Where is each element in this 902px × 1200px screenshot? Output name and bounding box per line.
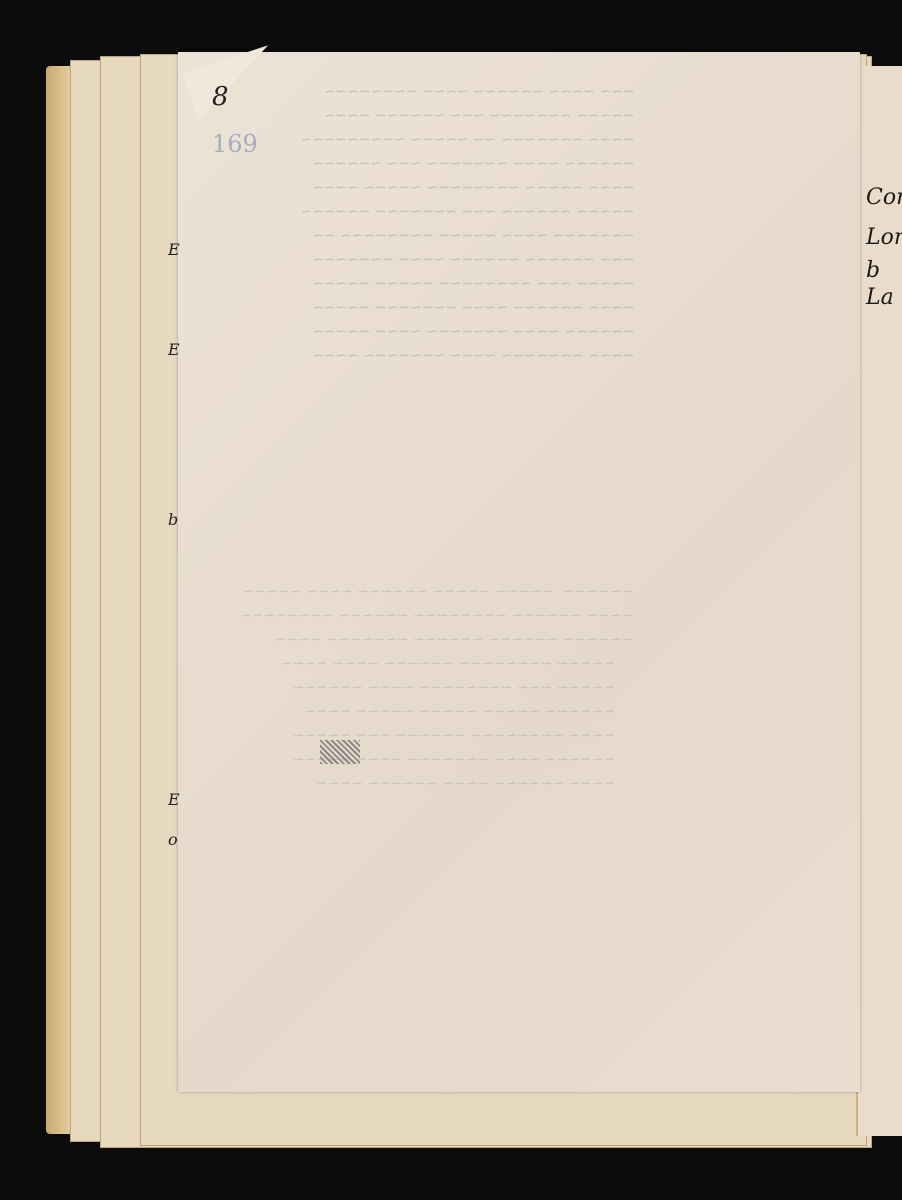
ink-smudge [320,740,360,764]
facing-text-4: La [866,285,894,310]
facing-text-2: Lom [866,225,902,250]
folio-number: 169 [212,130,258,158]
facing-text-3: b [866,258,880,283]
corner-mark: 8 [212,82,229,112]
margin-text-3: b [168,510,178,529]
bleed-through-text-top: ~~~ ~~~~ ~~~~~~ ~~~~ ~~~~~~~~ ~~~~~ ~~~~… [300,80,635,368]
margin-text-4: E [168,790,180,809]
margin-text-5: o [168,830,178,849]
bleed-through-text-bottom: ~~~~~~ ~~~~~ ~~~~~ ~~~~~~ ~~~~ ~~~~~ ~~~… [240,580,633,796]
margin-text-2: E [168,340,180,359]
margin-text-1: E [168,240,180,259]
facing-text-1: Com [866,185,902,210]
